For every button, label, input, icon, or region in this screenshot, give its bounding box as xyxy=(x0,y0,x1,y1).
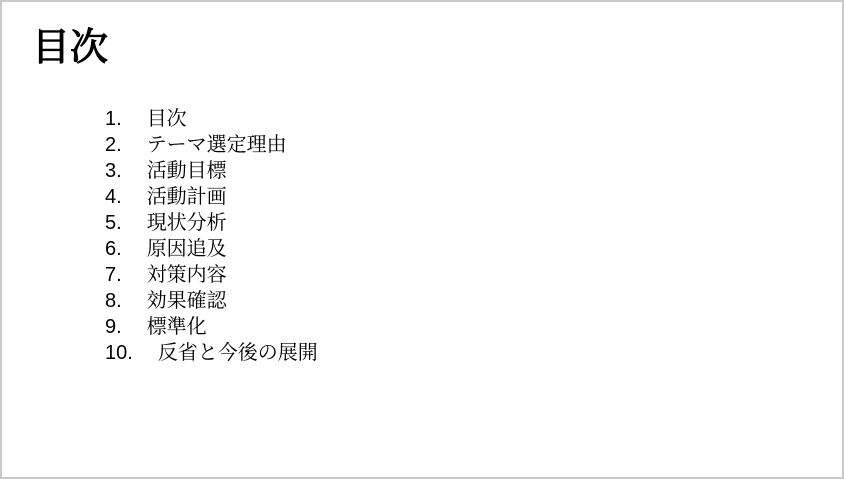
toc-item-label: 原因追及 xyxy=(147,236,227,262)
toc-item-number: 9. xyxy=(105,314,122,340)
toc-item: 7. 対策内容 xyxy=(105,262,318,288)
toc-list: 1. 目次 2. テーマ選定理由 3. 活動目標 4. 活動計画 5. 現状分析… xyxy=(105,106,318,366)
toc-item-label: 目次 xyxy=(147,106,187,132)
toc-item-label: 活動目標 xyxy=(147,158,227,184)
toc-item-number: 3. xyxy=(105,158,122,184)
toc-item-number: 6. xyxy=(105,236,122,262)
toc-item: 1. 目次 xyxy=(105,106,318,132)
slide-canvas: 目次 1. 目次 2. テーマ選定理由 3. 活動目標 4. 活動計画 5. 現… xyxy=(0,0,844,479)
toc-item-label: 対策内容 xyxy=(147,262,227,288)
toc-item-number: 4. xyxy=(105,184,122,210)
toc-item-number: 5. xyxy=(105,210,122,236)
toc-item: 2. テーマ選定理由 xyxy=(105,132,318,158)
toc-item: 4. 活動計画 xyxy=(105,184,318,210)
toc-item-label: 現状分析 xyxy=(147,210,227,236)
toc-item-number: 8. xyxy=(105,288,122,314)
toc-item: 3. 活動目標 xyxy=(105,158,318,184)
toc-item-label: 活動計画 xyxy=(147,184,227,210)
toc-item-number: 10. xyxy=(105,340,133,366)
toc-item-label: 効果確認 xyxy=(147,288,227,314)
toc-item-label: テーマ選定理由 xyxy=(147,132,287,158)
toc-item: 6. 原因追及 xyxy=(105,236,318,262)
toc-item: 8. 効果確認 xyxy=(105,288,318,314)
slide-title: 目次 xyxy=(32,28,108,70)
toc-item-label: 反省と今後の展開 xyxy=(158,340,318,366)
toc-item: 10. 反省と今後の展開 xyxy=(105,340,318,366)
toc-item-number: 2. xyxy=(105,132,122,158)
toc-item-number: 1. xyxy=(105,106,122,132)
toc-item: 9. 標準化 xyxy=(105,314,318,340)
toc-item: 5. 現状分析 xyxy=(105,210,318,236)
toc-item-label: 標準化 xyxy=(147,314,207,340)
toc-item-number: 7. xyxy=(105,262,122,288)
